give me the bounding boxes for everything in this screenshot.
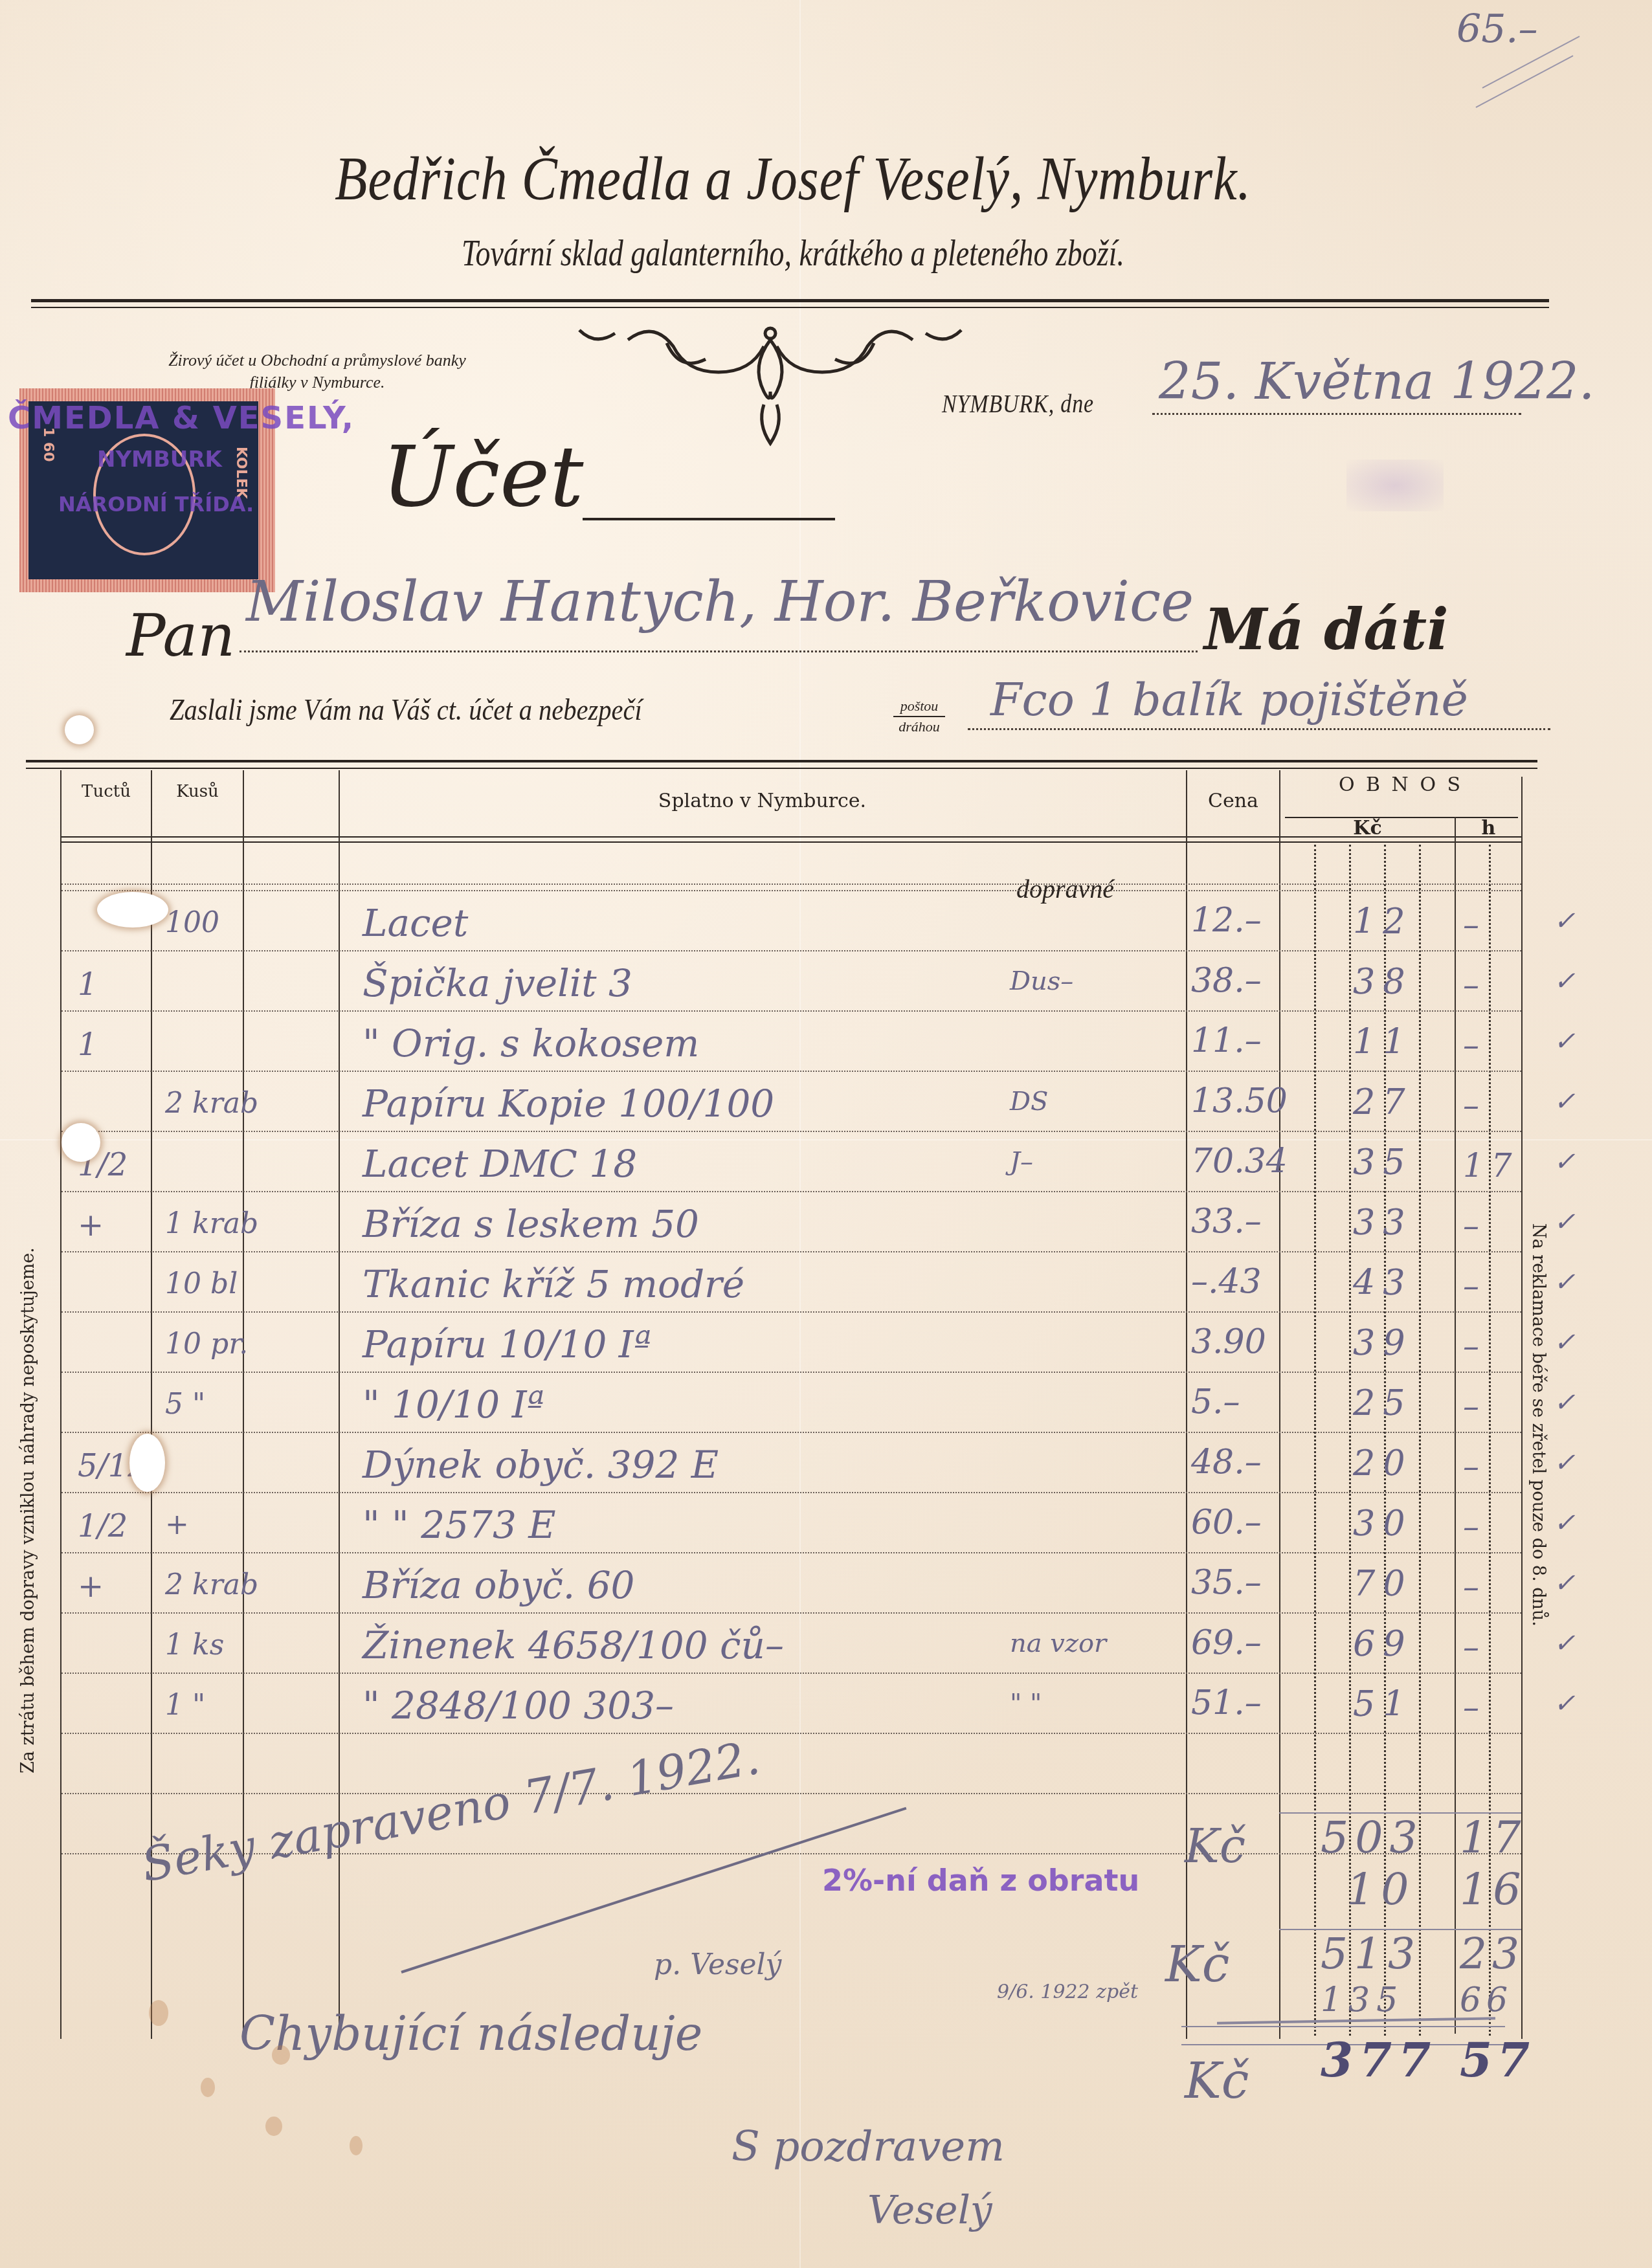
- cell-kc: 27: [1353, 1082, 1413, 1122]
- cell-desc: Lacet DMC 18: [363, 1142, 637, 1186]
- header-cena: Cena: [1187, 790, 1279, 812]
- company-rubber-stamp-street: NÁRODNÍ TŘÍDA.: [58, 492, 254, 517]
- checkmark-icon: ✓: [1554, 1147, 1576, 1177]
- final-h: 57: [1460, 2032, 1535, 2087]
- title-underline: [583, 518, 835, 520]
- header-bottom-rule-2: [61, 841, 1521, 843]
- row-divider: [61, 884, 1521, 885]
- remaining-note: Chybující následuje: [240, 2007, 702, 2061]
- cell-cena: 35.–: [1191, 1563, 1262, 1602]
- signature: Veselý: [867, 2188, 992, 2233]
- cell-h: –: [1463, 1629, 1487, 1666]
- checkmark-icon: ✓: [1554, 1508, 1576, 1538]
- cell-kc: 39: [1353, 1322, 1413, 1363]
- cell-kusu: 100: [165, 906, 219, 939]
- cell-kc: 70: [1353, 1563, 1413, 1604]
- row-divider: [61, 1071, 1521, 1072]
- cell-note: " ": [1010, 1689, 1042, 1718]
- cell-h: –: [1463, 1328, 1487, 1365]
- cell-kusu: 1 ": [165, 1689, 205, 1722]
- checkmark-icon: ✓: [1554, 1388, 1576, 1417]
- cell-cena: 5.–: [1191, 1383, 1240, 1421]
- cell-desc: Dýnek obyč. 392 E: [363, 1443, 719, 1487]
- checkmark-icon: ✓: [1554, 1267, 1576, 1297]
- cell-h: –: [1463, 906, 1487, 944]
- cell-h: –: [1463, 1508, 1487, 1546]
- ornament-icon: [570, 320, 971, 450]
- final-kc: 377: [1321, 2032, 1437, 2087]
- company-name: Bedřich Čmedla a Josef Veselý, Nymburk.: [195, 142, 1392, 214]
- greeting: S pozdravem: [731, 2123, 1005, 2171]
- cell-note: DS: [1010, 1087, 1048, 1117]
- cell-tuctu: 1/2: [78, 1508, 128, 1544]
- minus-h: 66: [1460, 1981, 1513, 2019]
- checkmark-icon: ✓: [1554, 966, 1576, 996]
- tax-stamp: 2%-ní daň z obratu: [822, 1863, 1139, 1898]
- cell-kusu: 2 krab: [165, 1568, 258, 1601]
- total-kc: 513: [1321, 1929, 1422, 1979]
- header-obnos: O B N O S: [1280, 773, 1521, 796]
- final-label: Kč: [1185, 2052, 1249, 2109]
- bank-info: Žirový účet u Obchodní a průmyslové bank…: [91, 350, 544, 394]
- cell-kc: 12: [1353, 901, 1413, 942]
- row-divider: [61, 1612, 1521, 1614]
- minus-kc: 135: [1321, 1981, 1404, 2019]
- checkmark-icon: ✓: [1554, 1087, 1576, 1117]
- total-label: Kč: [1165, 1935, 1229, 1993]
- place-date-label: NYMBURK, dne: [942, 388, 1094, 419]
- punch-hole: [61, 1123, 100, 1162]
- col-line-h: [1455, 817, 1456, 2034]
- stain: [272, 2045, 290, 2065]
- cell-desc: " 10/10 Iª: [363, 1383, 544, 1427]
- cell-cena: 3.90: [1191, 1322, 1266, 1361]
- cell-kusu: 1 ks: [165, 1629, 224, 1662]
- cell-kc: 38: [1353, 961, 1413, 1002]
- cell-desc: Špička jvelit 3: [363, 961, 632, 1005]
- cell-h: –: [1463, 1448, 1487, 1485]
- cell-cena: 11.–: [1191, 1021, 1262, 1060]
- cell-note: na vzor: [1010, 1629, 1106, 1658]
- paid-note: Šeky zapraveno 7/7. 1922.: [138, 1730, 764, 1893]
- shipping-note: Fco 1 balík pojištěně: [990, 673, 1468, 726]
- document-title: Účet: [382, 427, 584, 526]
- cell-note: J–: [1010, 1147, 1033, 1177]
- cell-kusu: 10 pr.: [165, 1328, 248, 1361]
- row-divider: [61, 1010, 1521, 1012]
- right-margin-notice: Na reklamace béře se zřetel pouze do 8. …: [1528, 1223, 1548, 1627]
- header-kusu: Kusů: [152, 782, 243, 801]
- cell-h: –: [1463, 1689, 1487, 1726]
- cell-desc: Bříza obyč. 60: [363, 1563, 634, 1607]
- ma-dati-label: Má dáti: [1204, 595, 1449, 663]
- cell-cena: 33.–: [1191, 1202, 1262, 1241]
- cell-desc: Papíru Kopie 100/100: [363, 1082, 774, 1126]
- header-rule-thin: [31, 307, 1549, 308]
- col-line-cena: [1279, 770, 1280, 2039]
- cell-kusu: 10 bl: [165, 1267, 238, 1300]
- cell-h: –: [1463, 966, 1487, 1004]
- cell-kc: 11: [1353, 1021, 1413, 1062]
- checkmark-icon: ✓: [1554, 1568, 1576, 1598]
- row-divider: [61, 1673, 1521, 1674]
- row-divider: [61, 1131, 1521, 1132]
- checkmark-icon: ✓: [1554, 906, 1576, 936]
- stain: [201, 2078, 215, 2097]
- tax-h: 16: [1460, 1864, 1526, 1915]
- cell-cena: 51.–: [1191, 1684, 1262, 1722]
- stain: [149, 2000, 168, 2026]
- payment-note: 9/6. 1922 zpět: [997, 1981, 1138, 2003]
- cell-desc: " Orig. s kokosem: [363, 1021, 699, 1065]
- cell-kusu: 5 ": [165, 1388, 205, 1421]
- cell-desc: Žinenek 4658/100 čů–: [363, 1623, 784, 1667]
- cell-kusu: +: [165, 1508, 189, 1541]
- paper-fold-horizontal: [0, 1139, 1652, 1140]
- shipping-method: poštou dráhou: [893, 698, 945, 735]
- subtotal-kc: 503: [1321, 1812, 1424, 1863]
- punch-hole: [65, 715, 94, 744]
- cell-kc: 30: [1353, 1503, 1413, 1544]
- date-line: [1152, 413, 1521, 415]
- company-tagline: Tovární sklad galanterního, krátkého a p…: [223, 233, 1364, 274]
- table-top-rule-2: [26, 768, 1537, 769]
- cell-kc: 69: [1353, 1623, 1413, 1664]
- stain: [265, 2117, 282, 2136]
- cell-kc: 43: [1353, 1262, 1413, 1303]
- shipping-rail: dráhou: [893, 718, 945, 735]
- final-rule: [1181, 2026, 1505, 2027]
- cell-kc: 33: [1353, 1202, 1413, 1243]
- header-h: h: [1456, 817, 1521, 839]
- cell-h: –: [1463, 1388, 1487, 1425]
- corner-strike: [1475, 55, 1573, 108]
- checkmark-icon: ✓: [1554, 1448, 1576, 1478]
- cell-h: –: [1463, 1027, 1487, 1064]
- purple-smudge: [1346, 460, 1444, 511]
- checkmark-icon: ✓: [1554, 1207, 1576, 1237]
- header-tuctu: Tuctů: [61, 782, 151, 801]
- sent-label: Zaslali jsme Vám na Váš ct. účet a nebez…: [170, 693, 642, 727]
- row-divider: [61, 950, 1521, 951]
- kc-sub-1: [1314, 845, 1316, 2036]
- header-description: Splatno v Nymburce.: [340, 790, 1185, 812]
- punch-hole: [97, 892, 168, 928]
- cell-note: Dus–: [1010, 966, 1073, 996]
- signature-small: p. Veselý: [654, 1948, 781, 1981]
- cell-h: –: [1463, 1568, 1487, 1606]
- customer-line: [240, 650, 1198, 652]
- cell-cena: 70.34: [1191, 1142, 1288, 1181]
- row-divider: [61, 1733, 1521, 1734]
- cell-cena: 60.–: [1191, 1503, 1262, 1542]
- table-top-rule: [26, 760, 1537, 762]
- customer-name: Miloslav Hantych, Hor. Beřkovice: [246, 570, 1194, 634]
- tax-kc: 10: [1346, 1864, 1416, 1915]
- cell-cena: –.43: [1191, 1262, 1262, 1301]
- company-rubber-stamp-city: NYMBURK: [97, 447, 222, 472]
- pan-label: Pan: [126, 602, 235, 670]
- cell-desc: Bříza s leskem 50: [363, 1202, 699, 1246]
- row-divider: [61, 1372, 1521, 1373]
- cell-desc: " " 2573 E: [363, 1503, 556, 1547]
- punch-hole: [129, 1434, 165, 1492]
- shipping-post: poštou: [893, 698, 945, 715]
- row-divider: [61, 890, 1521, 891]
- subtotal-h: 17: [1460, 1812, 1526, 1863]
- row-divider: [61, 1793, 1521, 1794]
- cell-cena: 48.–: [1191, 1443, 1262, 1482]
- checkmark-icon: ✓: [1554, 1027, 1576, 1056]
- subtotal-label: Kč: [1185, 1819, 1245, 1873]
- cell-kc: 20: [1353, 1443, 1413, 1484]
- cell-kusu: 1 krab: [165, 1207, 258, 1240]
- cell-h: –: [1463, 1267, 1487, 1305]
- row-divider: [61, 1432, 1521, 1433]
- company-rubber-stamp: ČMEDLA & VESELÝ,: [8, 400, 355, 436]
- row-divider: [61, 1492, 1521, 1493]
- cell-h: –: [1463, 1207, 1487, 1245]
- cell-cena: 38.–: [1191, 961, 1262, 1000]
- cell-desc: Papíru 10/10 Iª: [363, 1322, 651, 1366]
- bank-line-1: Žirový účet u Obchodní a průmyslové bank…: [91, 350, 544, 372]
- stain: [350, 2136, 363, 2155]
- left-margin-notice: Za ztrátu během dopravy vzniklou náhrady…: [18, 1247, 38, 1773]
- stamp-value-right: KOLEK: [233, 447, 249, 499]
- dopravne-label: dopravné: [1016, 874, 1114, 904]
- cell-tuctu: +: [78, 1568, 104, 1605]
- cell-tuctu: +: [78, 1207, 104, 1243]
- cell-kc: 25: [1353, 1383, 1413, 1423]
- header-rule: [31, 299, 1549, 302]
- shipping-line: [968, 728, 1550, 730]
- header-kc: Kč: [1280, 817, 1455, 839]
- cell-desc: Tkanic kříž 5 modré: [363, 1262, 744, 1306]
- cell-desc: " 2848/100 303–: [363, 1684, 674, 1728]
- checkmark-icon: ✓: [1554, 1689, 1576, 1718]
- cell-kc: 51: [1353, 1684, 1413, 1724]
- cell-h: –: [1463, 1087, 1487, 1124]
- cell-cena: 69.–: [1191, 1623, 1262, 1662]
- cell-kc: 35: [1353, 1142, 1413, 1183]
- total-h: 23: [1460, 1929, 1524, 1979]
- cell-cena: 13.50: [1191, 1082, 1288, 1120]
- cell-kusu: 2 krab: [165, 1087, 258, 1120]
- checkmark-icon: ✓: [1554, 1629, 1576, 1658]
- cell-tuctu: 1: [78, 1027, 98, 1063]
- cell-cena: 12.–: [1191, 901, 1262, 940]
- corner-note: 65.–: [1457, 6, 1537, 52]
- checkmark-icon: ✓: [1554, 1328, 1576, 1357]
- cell-tuctu: 1: [78, 966, 98, 1003]
- cell-desc: Lacet: [363, 901, 468, 945]
- cell-h: 17: [1463, 1147, 1520, 1184]
- col-line-left: [60, 770, 61, 2039]
- row-divider: [61, 1552, 1521, 1553]
- row-divider: [61, 1251, 1521, 1252]
- date-value: 25. Května 1922.: [1159, 353, 1595, 411]
- row-divider: [61, 1311, 1521, 1313]
- row-divider: [61, 1191, 1521, 1192]
